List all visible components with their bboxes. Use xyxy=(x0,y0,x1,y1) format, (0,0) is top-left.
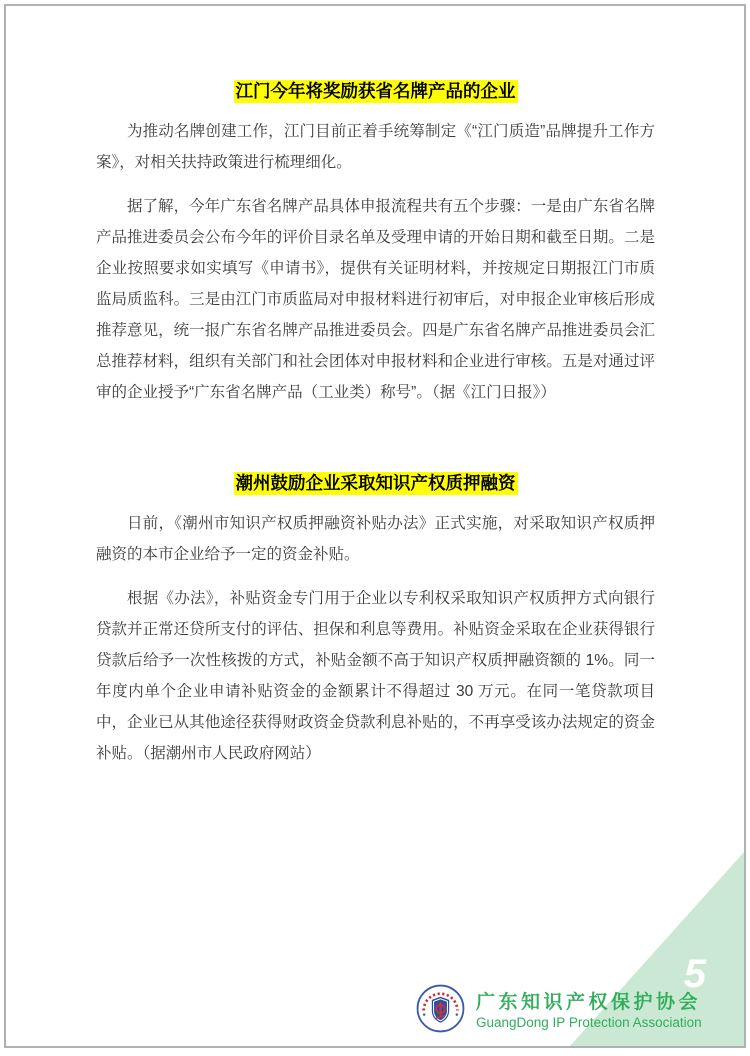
section-title-highlighted: 潮州鼓励企业采取知识产权质押融资 xyxy=(234,472,518,495)
section-chaozhou: 潮州鼓励企业采取知识产权质押融资 日前，《潮州市知识产权质押融资补贴办法》正式实… xyxy=(96,472,655,769)
paragraph: 据了解，今年广东省名牌产品具体申报流程共有五个步骤：一是由广东省名牌产品推进委员… xyxy=(96,191,655,408)
paragraph: 为推动名牌创建工作，江门目前正着手统筹制定《“江门质造”品牌提升工作方案》，对相… xyxy=(96,116,655,178)
page-content: 江门今年将奖励获省名牌产品的企业 为推动名牌创建工作，江门目前正着手统筹制定《“… xyxy=(96,80,655,769)
section-title-highlighted: 江门今年将奖励获省名牌产品的企业 xyxy=(234,80,518,103)
association-badge-icon xyxy=(416,984,465,1038)
org-name-en: GuangDong IP Protection Association xyxy=(476,1015,702,1031)
section-jiangmen: 江门今年将奖励获省名牌产品的企业 为推动名牌创建工作，江门目前正着手统筹制定《“… xyxy=(96,80,655,408)
paragraph: 日前，《潮州市知识产权质押融资补贴办法》正式实施，对采取知识产权质押融资的本市企… xyxy=(96,508,655,570)
org-name-cn: 广东知识产权保护协会 xyxy=(476,992,702,1014)
document-page: 5 江门今年将奖励获省名牌产品的企业 为推动名牌创建工作，江门目前正着手统筹制定… xyxy=(0,0,750,1056)
section-title-row: 潮州鼓励企业采取知识产权质押融资 xyxy=(96,472,655,495)
section-title-row: 江门今年将奖励获省名牌产品的企业 xyxy=(96,80,655,103)
footer: 广东知识产权保护协会 GuangDong IP Protection Assoc… xyxy=(416,984,702,1038)
paragraph: 根据《办法》，补贴资金专门用于企业以专利权采取知识产权质押方式向银行贷款并正常还… xyxy=(96,583,655,769)
org-names: 广东知识产权保护协会 GuangDong IP Protection Assoc… xyxy=(476,992,702,1031)
